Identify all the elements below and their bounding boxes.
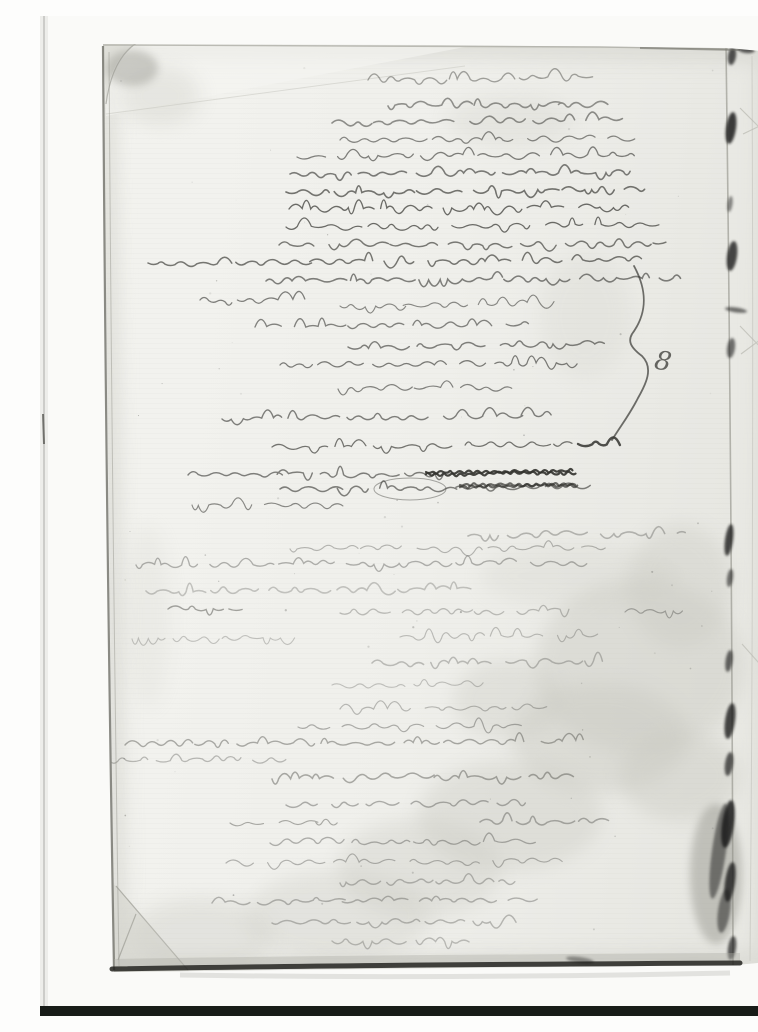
photo-bottom-band bbox=[40, 1006, 758, 1016]
manuscript-page: 8 bbox=[103, 42, 758, 988]
photo-left-edge-nick bbox=[43, 414, 44, 444]
archival-photograph: 8 bbox=[40, 16, 758, 1016]
